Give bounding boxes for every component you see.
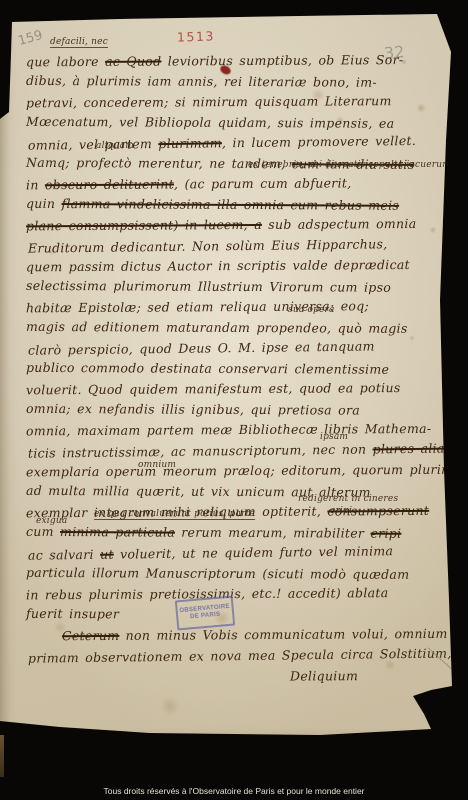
- manuscript-line: selectissima plurimorum Illustrium Viror…: [26, 275, 468, 298]
- manuscript-word: Eruditorum dedicantur. Non solùm Eius Hi…: [28, 236, 388, 255]
- page-edge-sliver: [0, 735, 4, 777]
- interlinear-insert: redigerent in cineres: [298, 494, 398, 504]
- manuscript-line: petravi, concederem; si nimirum quisquam…: [26, 91, 468, 114]
- manuscript-page: 159 1513 32 que labore ac Quod levioribu…: [0, 0, 468, 745]
- interlinear-insert: ipsam: [320, 432, 348, 442]
- interlinear-insert: defacili, nec: [50, 37, 108, 48]
- manuscript-word: selectissima plurimorum Illustrium Viror…: [26, 277, 391, 294]
- manuscript-line: primam observationem ex nova mea Specula…: [28, 643, 468, 669]
- stamp-line-2: DE PARIS: [190, 612, 221, 622]
- struck-text: eripi: [370, 525, 401, 540]
- folio-number-left: 159: [16, 28, 44, 49]
- observatory-stamp: OBSERVATOIRE DE PARIS: [175, 596, 235, 631]
- manuscript-word: clarò perspicio, quod Deus O. M. ipse ea…: [28, 338, 375, 357]
- manuscript-line: exemplaria operum meorum præloq; editoru…: [26, 460, 468, 483]
- manuscript-line: fuerit insuper: [26, 603, 468, 626]
- manuscript-word: Deliquium: [290, 668, 358, 683]
- struck-text: minima particula: [60, 524, 175, 540]
- manuscript-word: fuerit insuper: [26, 605, 119, 620]
- struck-text: Ceterum: [62, 628, 119, 643]
- struck-text: plane consumpsissent) in lucem, a: [26, 217, 262, 233]
- manuscript-word: voluerit. Quod quidem manifestum est, qu…: [26, 380, 401, 397]
- manuscript-word: omnia; ex nefandis illis ignibus, qui pr…: [26, 400, 360, 417]
- manuscript-word: quem passim dictus Auctor in scriptis va…: [26, 257, 410, 274]
- manuscript-word: in universum omnia: [451, 438, 468, 455]
- manuscript-word: particula illorum Manuscriptorum (sicuti…: [26, 564, 409, 581]
- manuscript-word: rerum mearum, mirabiliter: [175, 524, 371, 540]
- struck-text: flamma vindelicissima illa omnia cum reb…: [62, 196, 400, 213]
- manuscript-line: quin flamma vindelicissima illa omnia cu…: [26, 193, 468, 216]
- manuscript-line: omnia; ex nefandis illis ignibus, qui pr…: [26, 398, 468, 421]
- interlinear-insert: exigua: [36, 516, 67, 526]
- manuscript-line: habitæ Epistolæ; sed etiam reliqua unive…: [26, 296, 468, 319]
- manuscript-line: ad multa millia quærit, ut vix unicum au…: [26, 480, 468, 503]
- manuscript-word: dibus, à plurimis iam annis, rei literar…: [26, 72, 377, 89]
- manuscript-word: exemplaria operum meorum præloq; editoru…: [26, 462, 461, 480]
- struck-text: plures alias: [373, 440, 452, 456]
- struck-text: obscuro delituerint: [45, 176, 174, 192]
- interlinear-insert: ex qua convaluerunt potius, parte: [94, 509, 255, 520]
- interlinear-insert: aliquam: [96, 141, 134, 151]
- manuscript-word: levioribus sumptibus, ob Eius Sor-: [161, 52, 403, 68]
- manuscript-line: voluerit. Quod quidem manifestum est, qu…: [26, 378, 468, 401]
- manuscript-word: ac salvari: [28, 547, 100, 563]
- manuscript-word: , (ac parum cum abfuerit,: [174, 175, 352, 191]
- manuscript-line: quem passim dictus Auctor in scriptis va…: [26, 255, 468, 278]
- manuscript-word: in: [26, 177, 45, 192]
- manuscript-line: publico commodo destinata conservari cle…: [26, 357, 468, 380]
- copyright-caption: Tous droits réservés à l'Observatoire de…: [0, 786, 468, 796]
- manuscript-word: que labore: [26, 54, 105, 69]
- manuscript-word: magis ad editionem maturandam propendeo,…: [26, 318, 408, 335]
- manuscript-text: que labore ac Quod levioribus sumptibus,…: [0, 51, 468, 687]
- manuscript-word: sub adspectum omnia: [262, 216, 417, 232]
- manuscript-line: dibus, à plurimis iam annis, rei literar…: [26, 70, 468, 93]
- struck-text: ut: [100, 547, 114, 562]
- struck-text: plurimam: [158, 135, 222, 151]
- interlinear-insert: eripi: [330, 506, 352, 516]
- manuscript-word: voluerit, ut ne quidem furto vel minima: [114, 543, 394, 561]
- archive-number-red: 1513: [177, 28, 215, 44]
- manuscript-line: que labore ac Quod levioribus sumptibus,…: [26, 50, 468, 73]
- archival-photo: 159 1513 32 que labore ac Quod levioribu…: [0, 0, 468, 800]
- manuscript-word: Mœcenatum, vel Bibliopola quidam, suis i…: [26, 113, 394, 130]
- manuscript-word: petravi, concederem; si nimirum quisquam…: [26, 93, 392, 110]
- manuscript-word: omnia, vel partem: [28, 136, 159, 153]
- manuscript-line: particula illorum Manuscriptorum (sicuti…: [26, 562, 468, 585]
- interlinear-insert: sua opera: [288, 305, 335, 315]
- manuscript-word: quin: [26, 195, 62, 210]
- manuscript-word: omnia, maximam partem meæ Bibliothecæ li…: [26, 421, 431, 438]
- manuscript-word: ticis instructissimæ, ac manuscriptorum,…: [28, 441, 373, 460]
- manuscript-line: in rebus plurimis pretiosissimis, etc.! …: [26, 583, 468, 606]
- manuscript-word: publico commodo destinata conservari cle…: [26, 359, 389, 376]
- manuscript-line: in obscuro delituerint, (ac parum cum ab…: [26, 173, 468, 196]
- manuscript-word: primam observationem ex nova mea Specula…: [28, 645, 452, 665]
- manuscript-word: non minus Vobis communicatum volui, omni…: [119, 626, 447, 643]
- manuscript-word: , in lucem promovere vellet.: [222, 133, 416, 150]
- interlinear-insert: ex tenebris, ubi diu satis sepulta iacue…: [248, 160, 452, 170]
- interlinear-insert: omnium: [138, 460, 176, 470]
- manuscript-line: Deliquium: [290, 665, 468, 687]
- struck-text: ac Quod: [105, 54, 161, 69]
